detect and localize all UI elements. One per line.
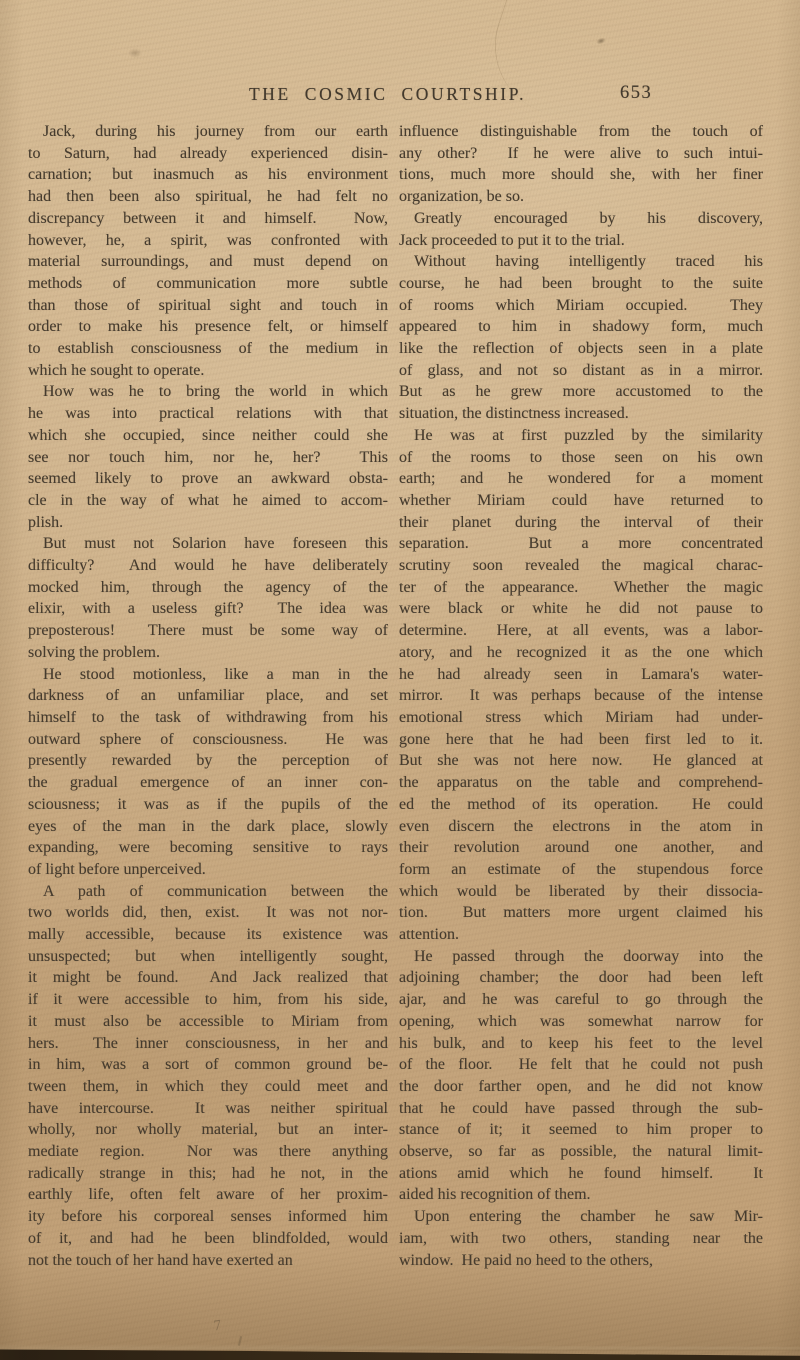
text-line: earth; and he wondered for a moment (399, 468, 763, 490)
text-line: But she was not here now. He glanced at (399, 750, 763, 772)
text-line: He stood motionless, like a man in the (28, 664, 388, 686)
text-line: not the touch of her hand have exerted a… (28, 1250, 388, 1272)
text-line: expanding, were becoming sensitive to ra… (28, 837, 388, 859)
paragraph: A path of communication between thetwo w… (28, 881, 388, 1272)
text-line: window. He paid no heed to the others, (399, 1250, 763, 1272)
text-line: ed the method of its operation. He could (399, 794, 763, 816)
text-line: to Saturn, had already experienced disin… (28, 143, 388, 165)
text-line: But must not Solarion have foreseen this (28, 533, 388, 555)
text-line: mocked him, through the agency of the (28, 577, 388, 599)
text-line: Jack proceeded to put it to the trial. (399, 230, 763, 252)
text-line: seemed likely to prove an awkward obsta- (28, 468, 388, 490)
text-line: situation, the distinctness increased. (399, 403, 763, 425)
text-line: outward sphere of consciousness. He was (28, 729, 388, 751)
text-line: tween them, in which they could meet and (28, 1076, 388, 1098)
text-line: attention. (399, 924, 763, 946)
text-line: any other? If he were alive to such intu… (399, 143, 763, 165)
text-line: he was into practical relations with tha… (28, 403, 388, 425)
text-line: which he sought to operate. (28, 360, 388, 382)
text-line: it might be found. And Jack realized tha… (28, 967, 388, 989)
text-line: ter of the appearance. Whether the magic (399, 577, 763, 599)
text-line: their revolution around one another, and (399, 837, 763, 859)
paragraph: How was he to bring the world in whichhe… (28, 381, 388, 533)
text-line: separation. But a more concentrated (399, 533, 763, 555)
text-line: ajar, and he was careful to go through t… (399, 989, 763, 1011)
paragraph: He passed through the doorway into thead… (399, 946, 763, 1206)
text-line: How was he to bring the world in which (28, 381, 388, 403)
paragraph: But must not Solarion have foreseen this… (28, 533, 388, 663)
text-line: carnation; but inasmuch as his environme… (28, 164, 388, 186)
text-line: material surroundings, and must depend o… (28, 251, 388, 273)
text-line: of it, and had he been blindfolded, woul… (28, 1228, 388, 1250)
text-line: course, he had been brought to the suite (399, 273, 763, 295)
text-line: of rooms which Miriam occupied. They (399, 295, 763, 317)
text-line: see nor touch him, nor he, her? This (28, 447, 388, 469)
text-body: Jack, during his journey from our eartht… (28, 121, 763, 1271)
text-line: tions, much more should she, with her fi… (399, 164, 763, 186)
text-line: than those of spiritual sight and touch … (28, 295, 388, 317)
text-line: had then been also spiritual, he had fel… (28, 186, 388, 208)
text-line: atory, and he recognized it as the one w… (399, 642, 763, 664)
text-line: observe, so far as possible, the natural… (399, 1141, 763, 1163)
text-line: the door farther open, and he did not kn… (399, 1076, 763, 1098)
paper-scratch (595, 36, 606, 45)
text-line: darkness of an unfamiliar place, and set (28, 685, 388, 707)
text-line: Greatly encouraged by his discovery, (399, 208, 763, 230)
text-line: unsuspected; but when intelligently soug… (28, 946, 388, 968)
text-line: however, he, a spirit, was confronted wi… (28, 230, 388, 252)
text-line: even discern the electrons in the atom i… (399, 816, 763, 838)
paragraph: He stood motionless, like a man in theda… (28, 664, 388, 881)
column-right: influence distinguishable from the touch… (399, 121, 763, 1271)
paragraph: Upon entering the chamber he saw Mir-iam… (399, 1206, 763, 1271)
text-line: he had already seen in Lamara's water- (399, 664, 763, 686)
text-line: whether Miriam could have returned to (399, 490, 763, 512)
text-line: determine. Here, at all events, was a la… (399, 620, 763, 642)
page-bottom-curl (0, 1344, 800, 1351)
text-line: A path of communication between the (28, 881, 388, 903)
text-line: difficulty? And would he have deliberate… (28, 555, 388, 577)
pencil-tick (238, 1336, 242, 1346)
text-line: it must also be accessible to Miriam fro… (28, 1011, 388, 1033)
text-line: methods of communication more subtle (28, 273, 388, 295)
text-line: stance of it; it seemed to him proper to (399, 1119, 763, 1141)
text-line: cle in the way of what he aimed to accom… (28, 490, 388, 512)
text-line: adjoining chamber; the door had been lef… (399, 967, 763, 989)
paragraph: Greatly encouraged by his discovery,Jack… (399, 208, 763, 251)
text-line: He was at first puzzled by the similarit… (399, 425, 763, 447)
paragraph: Without having intelligently traced hisc… (399, 251, 763, 425)
paragraph: influence distinguishable from the touch… (399, 121, 763, 208)
text-line: of glass, and not so distant as in a mir… (399, 360, 763, 382)
text-line: which she occupied, since neither could … (28, 425, 388, 447)
text-line: Jack, during his journey from our earth (28, 121, 388, 143)
text-line: if it were accessible to him, from his s… (28, 989, 388, 1011)
text-line: to establish consciousness of the medium… (28, 338, 388, 360)
column-left: Jack, during his journey from our eartht… (28, 121, 388, 1271)
text-line: two worlds did, then, exist. It was not … (28, 902, 388, 924)
text-line: mally accessible, because its existence … (28, 924, 388, 946)
paper-smudge (128, 48, 142, 58)
text-line: eyes of the man in the dark place, slowl… (28, 816, 388, 838)
text-line: emotional stress which Miriam had under- (399, 707, 763, 729)
text-line: opening, which was somewhat narrow for (399, 1011, 763, 1033)
text-line: order to make his presence felt, or hims… (28, 316, 388, 338)
text-line: He passed through the doorway into the (399, 946, 763, 968)
text-line: influence distinguishable from the touch… (399, 121, 763, 143)
text-line: the apparatus on the table and comprehen… (399, 772, 763, 794)
text-line: form an estimate of the stupendous force (399, 859, 763, 881)
text-line: of the floor. He felt that he could not … (399, 1054, 763, 1076)
text-line: scrutiny soon revealed the magical chara… (399, 555, 763, 577)
text-line: were black or white he did not pause to (399, 598, 763, 620)
text-line: mirror. It was perhaps because of the in… (399, 685, 763, 707)
text-line: preposterous! There must be some way of (28, 620, 388, 642)
text-line: himself to the task of withdrawing from … (28, 707, 388, 729)
text-line: wholly, nor wholly material, but an inte… (28, 1119, 388, 1141)
text-line: like the reflection of objects seen in a… (399, 338, 763, 360)
text-line: elixir, with a useless gift? The idea wa… (28, 598, 388, 620)
text-line: presently rewarded by the perception of (28, 750, 388, 772)
text-line: Without having intelligently traced his (399, 251, 763, 273)
text-line: appeared to him in shadowy form, much (399, 316, 763, 338)
text-line: mediate region. Nor was there anything (28, 1141, 388, 1163)
text-line: of light before unperceived. (28, 859, 388, 881)
text-line: But as he grew more accustomed to the (399, 381, 763, 403)
text-line: ations amid which he found himself. It (399, 1163, 763, 1185)
text-line: their planet during the interval of thei… (399, 512, 763, 534)
text-line: of the rooms to those seen on his own (399, 447, 763, 469)
text-line: his bulk, and to keep his feet to the le… (399, 1033, 763, 1055)
paragraph: He was at first puzzled by the similarit… (399, 425, 763, 946)
text-line: earthly life, often felt aware of her pr… (28, 1184, 388, 1206)
text-line: solving the problem. (28, 642, 388, 664)
text-line: hers. The inner consciousness, in her an… (28, 1033, 388, 1055)
pencil-mark: 7 (213, 1318, 223, 1336)
text-line: have intercourse. It was neither spiritu… (28, 1098, 388, 1120)
text-line: the gradual emergence of an inner con- (28, 772, 388, 794)
text-line: Upon entering the chamber he saw Mir- (399, 1206, 763, 1228)
page-number: 653 (620, 83, 652, 104)
text-line: tion. But matters more urgent claimed hi… (399, 902, 763, 924)
text-line: ity before his corporeal senses informed… (28, 1206, 388, 1228)
text-line: that he could have passed through the su… (399, 1098, 763, 1120)
running-head: THE COSMIC COURTSHIP. 653 (0, 84, 800, 106)
text-line: sciousness; it was as if the pupils of t… (28, 794, 388, 816)
text-line: in him, was a sort of common ground be- (28, 1054, 388, 1076)
text-line: aided his recognition of them. (399, 1184, 763, 1206)
text-line: radically strange in this; had he not, i… (28, 1163, 388, 1185)
paragraph: Jack, during his journey from our eartht… (28, 121, 388, 381)
text-line: organization, be so. (399, 186, 763, 208)
text-line: iam, with two others, standing near the (399, 1228, 763, 1250)
page-title: THE COSMIC COURTSHIP. (249, 84, 526, 105)
text-line: plish. (28, 512, 388, 534)
text-line: discrepancy between it and himself. Now, (28, 208, 388, 230)
text-line: gone here that he had been first led to … (399, 729, 763, 751)
text-line: which would be liberated by their dissoc… (399, 881, 763, 903)
book-page-scan: THE COSMIC COURTSHIP. 653 Jack, during h… (0, 0, 800, 1360)
